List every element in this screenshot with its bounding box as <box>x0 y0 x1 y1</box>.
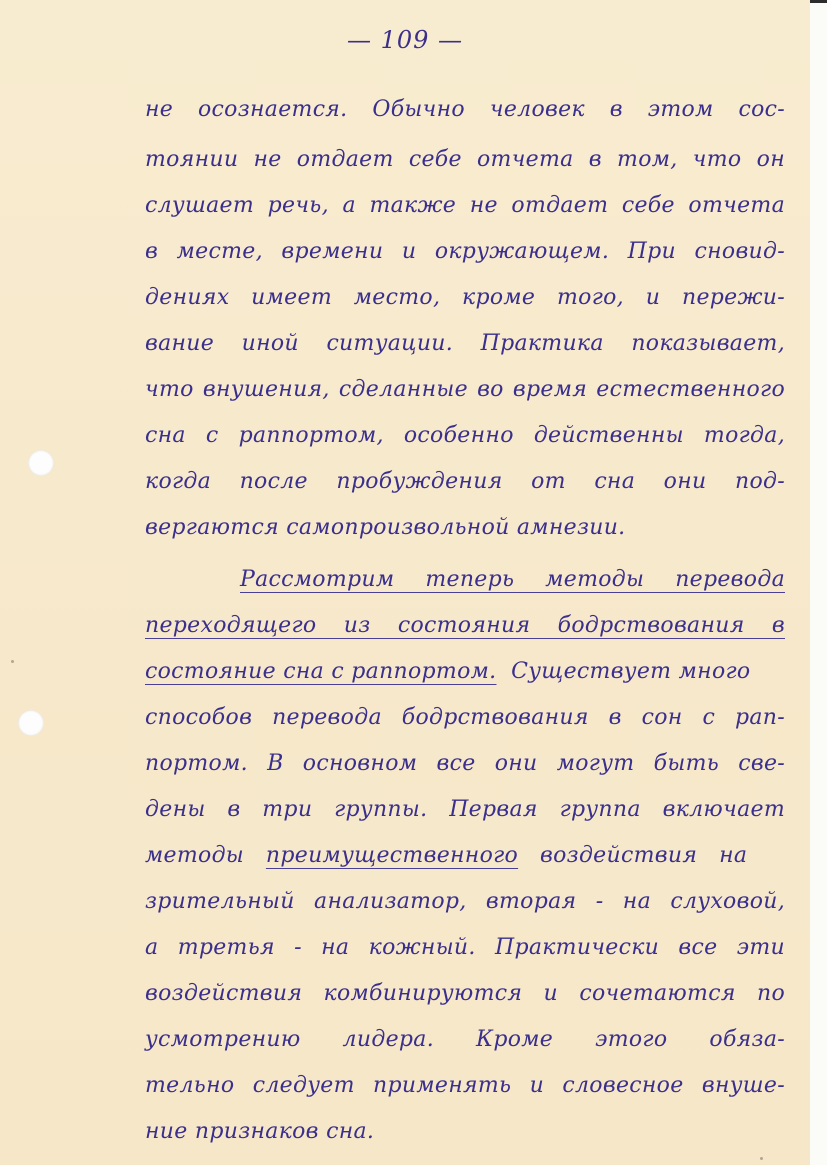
text-line: сна с раппортом, особенно действенны тог… <box>145 418 785 454</box>
text-line: воздействия комбинируются и сочетаются п… <box>145 976 785 1012</box>
text-line: когда после пробуждения от сна они под- <box>145 464 785 500</box>
text-line: тельно следует применять и словесное вну… <box>145 1068 785 1104</box>
text-line: портом. В основном все они могут быть св… <box>145 746 785 782</box>
text-line: вание иной ситуации. Практика показывает… <box>145 326 785 362</box>
text-line: а третья - на кожный. Практически все эт… <box>145 930 785 966</box>
punch-hole-lower <box>18 710 44 736</box>
paper-speck <box>760 1157 763 1160</box>
text-fragment: методы <box>145 843 266 868</box>
text-line: не осознается. Обычно человек в этом сос… <box>145 92 785 128</box>
text-line: слушает речь, а также не отдает себе отч… <box>145 188 785 224</box>
text-fragment: воздействия на <box>518 843 747 868</box>
text-line: способов перевода бодрствования в сон с … <box>145 700 785 736</box>
paper-speck <box>11 660 14 663</box>
text-line-mixed: состояние сна с раппортом. Существует мн… <box>145 654 785 690</box>
text-line: что внушения, сделанные во время естеств… <box>145 372 785 408</box>
text-line-underlined: переходящего из состояния бодрствования … <box>145 608 785 644</box>
underlined-phrase: Рассмотрим теперь методы перевода <box>240 567 785 592</box>
text-fragment: Существует много <box>504 659 751 684</box>
text-line-underlined: Рассмотрим теперь методы перевода <box>145 562 785 598</box>
underlined-phrase: преимущественного <box>266 843 518 868</box>
text-line: дены в три группы. Первая группа включае… <box>145 792 785 828</box>
text-line-mixed: методы преимущественного воздействия на <box>145 838 785 874</box>
underlined-phrase: переходящего из состояния бодрствования … <box>145 613 785 638</box>
text-line: ние признаков сна. <box>145 1114 785 1150</box>
punch-hole-upper <box>28 450 54 476</box>
page-number: — 109 — <box>0 26 810 54</box>
scan-background <box>810 3 827 1165</box>
text-line: в месте, времени и окружающем. При снови… <box>145 234 785 270</box>
text-line: вергаются самопроизвольной амнезии. <box>145 510 785 546</box>
manuscript-page: — 109 — не осознается. Обычно человек в … <box>0 0 810 1165</box>
text-line: тоянии не отдает себе отчета в том, что … <box>145 142 785 178</box>
text-line: усмотрению лидера. Кроме этого обяза- <box>145 1022 785 1058</box>
text-line: зрительный анализатор, вторая - на слухо… <box>145 884 785 920</box>
underlined-phrase: состояние сна с раппортом. <box>145 659 496 684</box>
text-line: дениях имеет место, кроме того, и пережи… <box>145 280 785 316</box>
